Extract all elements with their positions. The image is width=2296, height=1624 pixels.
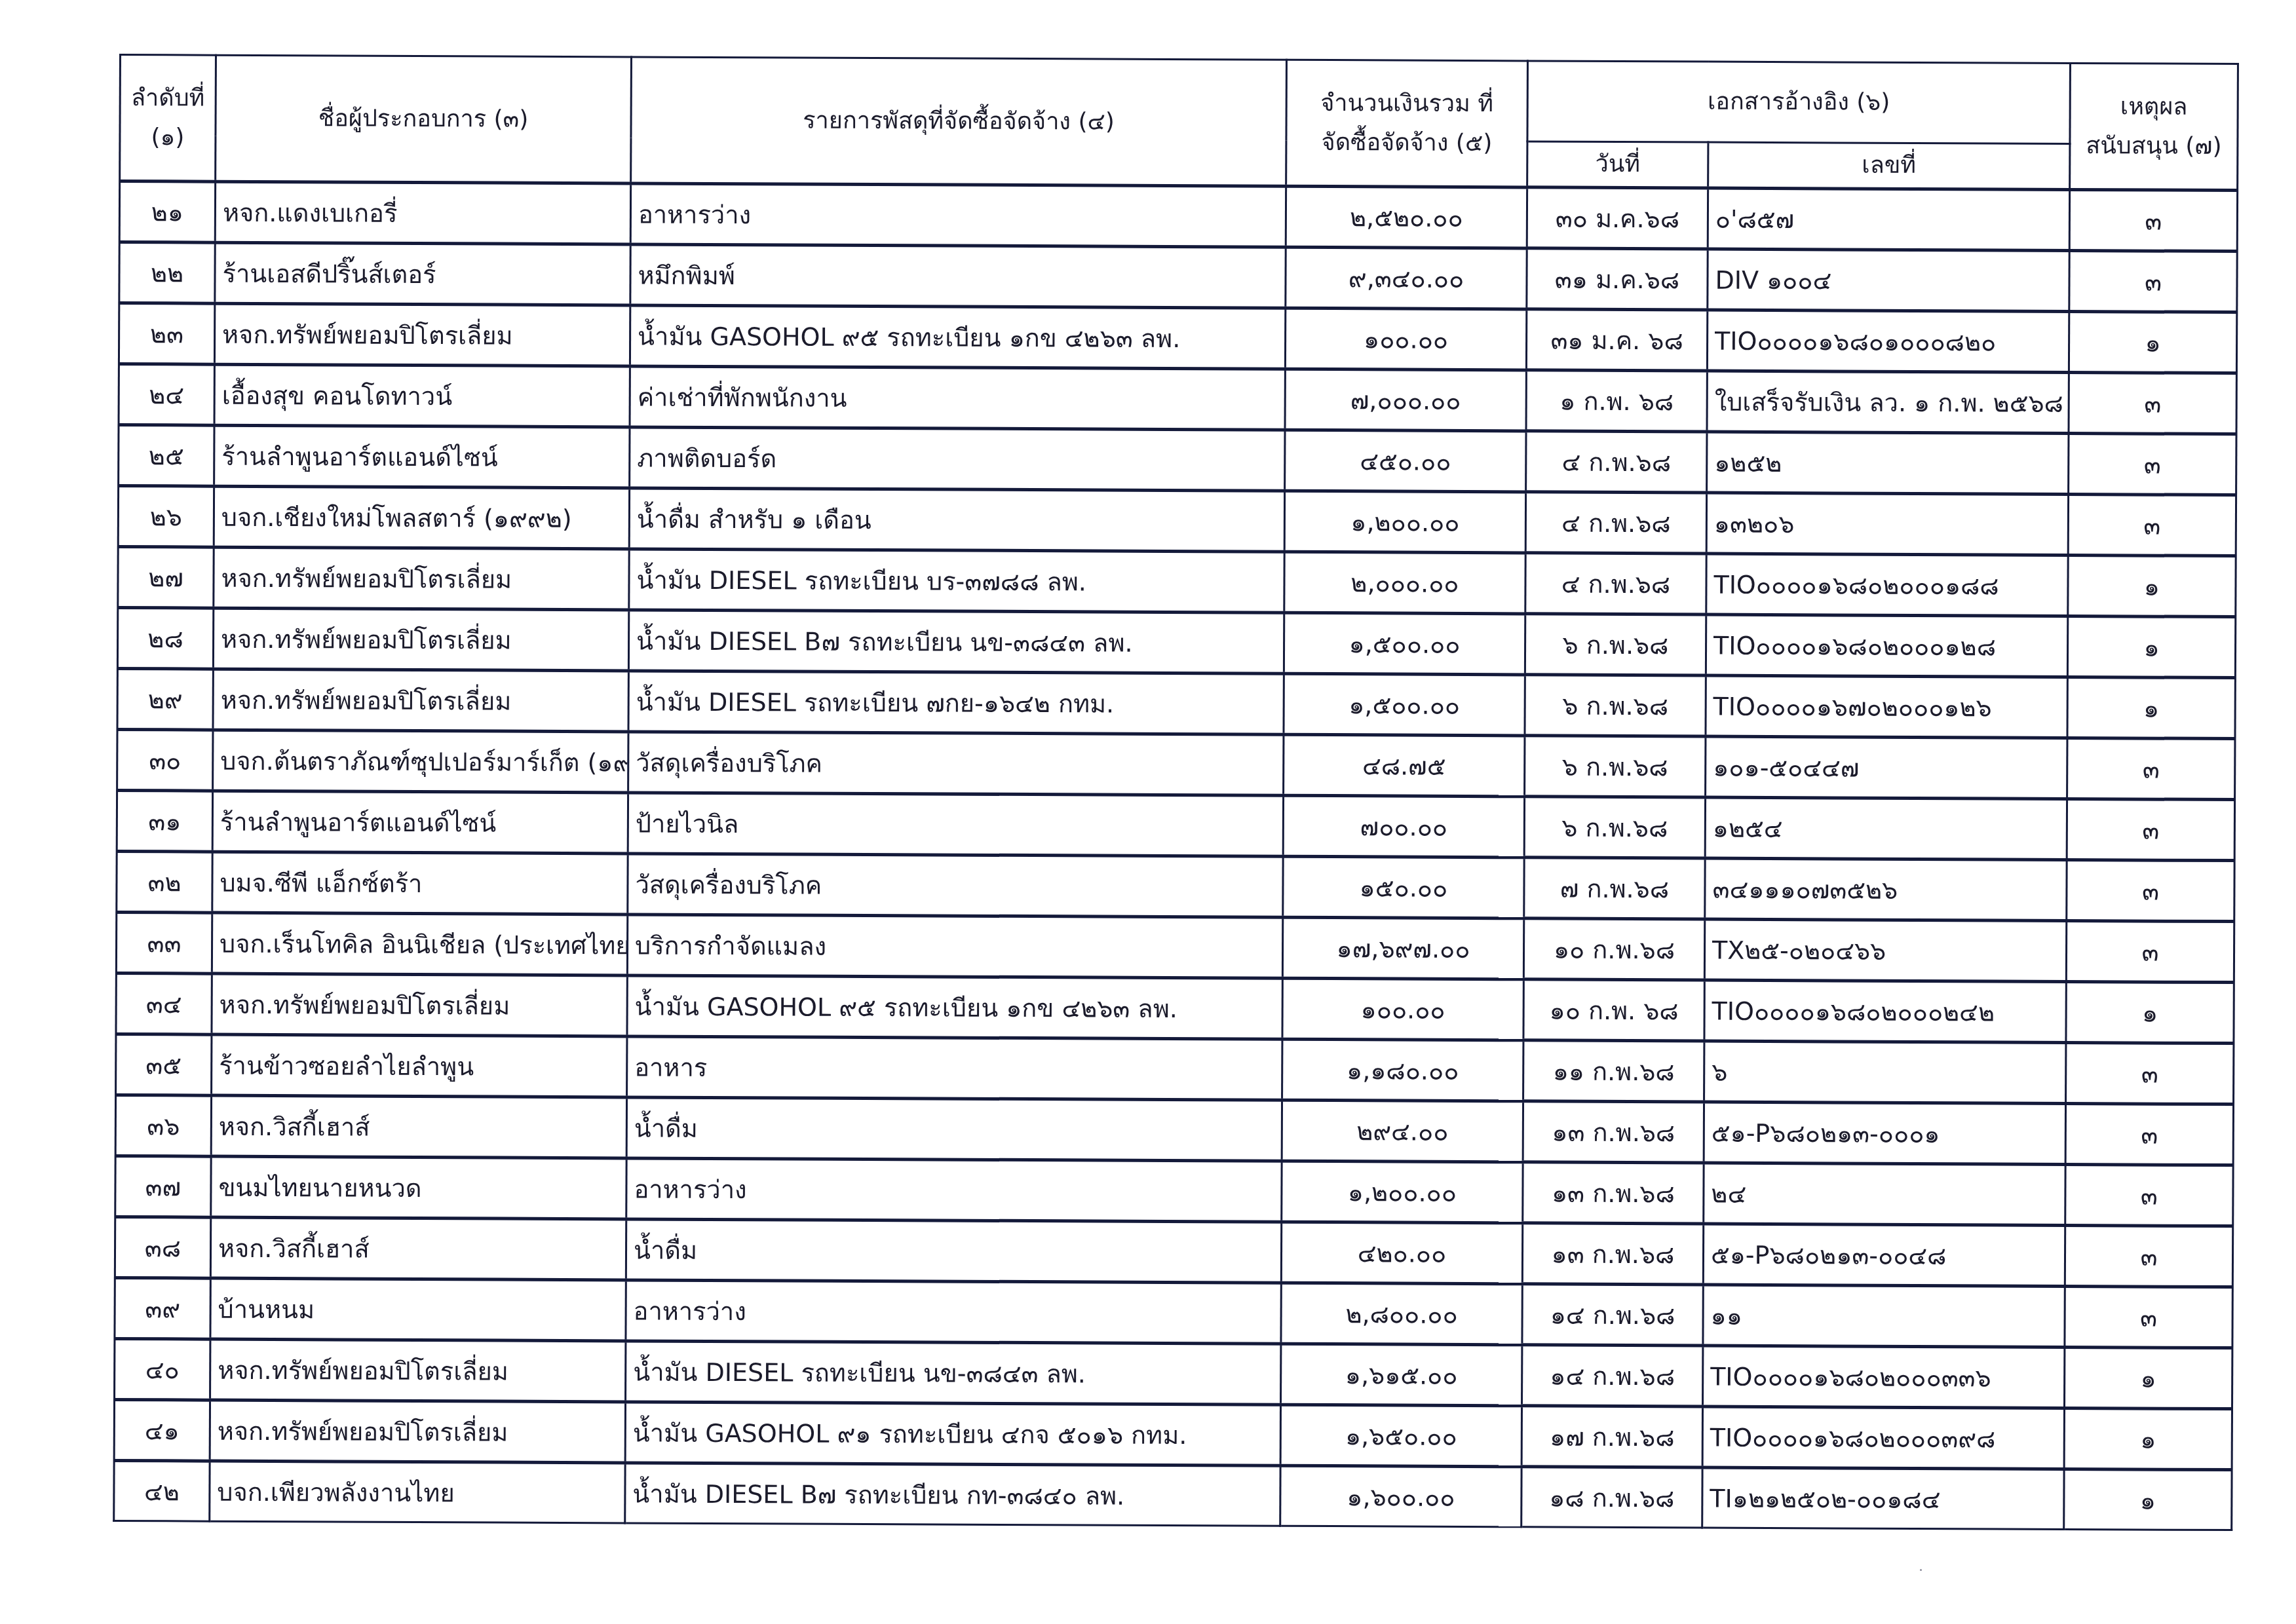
header-reason-line1: เหตุผล (2078, 87, 2230, 127)
cell-document-date: ๖ ก.พ.๖๘ (1525, 675, 1706, 736)
cell-vendor: ขนมไทยนายหนวด (211, 1156, 626, 1219)
cell-document-number: TIO๐๐๐๐๑๖๘๐๒๐๐๐๑๒๘ (1706, 614, 2067, 677)
cell-document-date: ๑๓ ก.พ.๖๘ (1523, 1101, 1704, 1163)
header-item: รายการพัสดุที่จัดซื้อจัดจ้าง (๔) (631, 57, 1287, 186)
cell-sequence-no: ๒๕ (119, 425, 214, 487)
cell-document-number: TIO๐๐๐๐๑๖๘๐๒๐๐๐๓๓๖ (1703, 1346, 2065, 1408)
cell-amount: ๑,๖๑๕.๐๐ (1281, 1344, 1522, 1406)
cell-document-number: ๒๔ (1704, 1163, 2065, 1225)
cell-item: อาหาร (627, 1036, 1282, 1100)
cell-sequence-no: ๓๒ (117, 851, 212, 913)
cell-vendor: บจก.เชียงใหม่โพลสตาร์ (๑๙๙๒) (214, 486, 629, 549)
cell-document-date: ๑๔ ก.พ.๖๘ (1522, 1284, 1703, 1346)
cell-document-date: ๔ ก.พ.๖๘ (1525, 553, 1706, 614)
table-row: ๔๒ บจก.เพียวพลังงานไทย น้ำมัน DIESEL B๗ … (114, 1460, 2232, 1530)
cell-document-date: ๑๐ ก.พ.๖๘ (1523, 918, 1704, 980)
cell-sequence-no: ๓๙ (115, 1277, 210, 1339)
cell-document-date: ๑๓ ก.พ.๖๘ (1523, 1162, 1704, 1224)
cell-amount: ๑,๑๘๐.๐๐ (1282, 1039, 1523, 1101)
cell-sequence-no: ๒๑ (119, 181, 215, 243)
table-row: ๒๗ หจก.ทรัพย์พยอมปิโตรเลี่ยม น้ำมัน DIES… (118, 546, 2236, 616)
header-sequence-no: ลำดับที่ (๑) (120, 55, 216, 182)
cell-sequence-no: ๓๗ (115, 1156, 211, 1217)
cell-reason: ๓ (2065, 1286, 2232, 1348)
header-document-number: เลขที่ (1708, 142, 2070, 189)
cell-document-date: ๑๑ ก.พ.๖๘ (1523, 1040, 1704, 1102)
cell-document-date: ๑๔ ก.พ.๖๘ (1522, 1345, 1703, 1407)
cell-amount: ๑,๒๐๐.๐๐ (1284, 491, 1525, 553)
cell-document-number: DIV ๑๐๐๔ (1708, 249, 2069, 311)
cell-document-number: TX๒๕-๐๒๐๔๖๖ (1704, 919, 2066, 981)
cell-document-number: ๑๑ (1703, 1285, 2065, 1347)
cell-vendor: ร้านเอสดีปริ๊นส์เตอร์ (215, 242, 630, 305)
cell-amount: ๑๐๐.๐๐ (1285, 308, 1526, 370)
cell-reason: ๓ (2065, 1225, 2232, 1287)
cell-amount: ๑๐๐.๐๐ (1282, 978, 1523, 1040)
cell-reason: ๓ (2066, 920, 2234, 982)
table-row: ๓๗ ขนมไทยนายหนวด อาหารว่าง ๑,๒๐๐.๐๐ ๑๓ ก… (115, 1156, 2233, 1226)
cell-item: น้ำมัน GASOHOL ๙๕ รถทะเบียน ๑กข ๔๒๖๓ ลพ. (630, 305, 1285, 369)
cell-vendor: หจก.ทรัพย์พยอมปิโตรเลี่ยม (213, 669, 628, 732)
cell-document-date: ๓๑ ม.ค.๖๘ (1527, 248, 1708, 310)
table-row: ๓๒ บมจ.ซีพี แอ็กซ์ตร้า วัสดุเครื่องบริโภ… (117, 851, 2234, 921)
cell-reason: ๑ (2069, 311, 2236, 373)
cell-reason: ๑ (2064, 1408, 2232, 1469)
cell-reason: ๑ (2067, 677, 2235, 738)
cell-document-date: ๑๐ ก.พ. ๖๘ (1523, 979, 1704, 1041)
cell-reason: ๑ (2066, 981, 2234, 1043)
table-row: ๔๑ หจก.ทรัพย์พยอมปิโตรเลี่ยม น้ำมัน GASO… (114, 1399, 2232, 1469)
cell-amount: ๔๘.๗๕ (1284, 734, 1525, 797)
cell-sequence-no: ๒๔ (119, 364, 214, 426)
cell-item: น้ำมัน DIESEL รถทะเบียน ๗กย-๑๖๔๒ กทม. (628, 671, 1284, 734)
table-row: ๒๑ หจก.แดงเบเกอรี่ อาหารว่าง ๒,๕๒๐.๐๐ ๓๐… (119, 181, 2237, 252)
table-row: ๔๐ หจก.ทรัพย์พยอมปิโตรเลี่ยม น้ำมัน DIES… (115, 1338, 2232, 1408)
cell-reason: ๓ (2068, 494, 2236, 556)
cell-document-number: ๑๐๑-๕๐๔๔๗ (1706, 736, 2067, 799)
cell-vendor: หจก.แดงเบเกอรี่ (215, 181, 630, 244)
cell-amount: ๑,๕๐๐.๐๐ (1284, 673, 1525, 736)
table-row: ๒๘ หจก.ทรัพย์พยอมปิโตรเลี่ยม น้ำมัน DIES… (117, 607, 2235, 677)
cell-sequence-no: ๓๑ (117, 790, 212, 852)
cell-vendor: บจก.เพียวพลังงานไทย (210, 1461, 625, 1523)
cell-document-number: ๕๑-P๖๘๐๒๑๓-๐๐๐๑ (1704, 1102, 2065, 1164)
cell-item: น้ำดื่ม (626, 1097, 1282, 1161)
cell-reason: ๓ (2067, 859, 2234, 921)
cell-sequence-no: ๒๘ (117, 607, 213, 669)
cell-reason: ๓ (2065, 1103, 2233, 1165)
cell-vendor: บจก.เร็นโทคิล อินนิเชียล (ประเทศไทย) (212, 913, 627, 975)
cell-document-number: TIO๐๐๐๐๑๖๘๐๒๐๐๐๒๔๒ (1704, 980, 2066, 1042)
table-header: ลำดับที่ (๑) ชื่อผู้ประกอบการ (๓) รายการ… (120, 55, 2238, 191)
header-reason-line2: สนับสนุน (๗) (2077, 126, 2230, 166)
cell-reason: ๓ (2067, 738, 2235, 799)
cell-sequence-no: ๒๒ (119, 242, 215, 304)
header-reason: เหตุผล สนับสนุน (๗) (2070, 63, 2238, 190)
table-row: ๓๐ บจก.ต้นตราภัณฑ์ซุปเปอร์มาร์เก็ต (๑๙๙๘… (117, 729, 2235, 799)
cell-item: น้ำมัน GASOHOL ๙๕ รถทะเบียน ๑กข ๔๒๖๓ ลพ. (627, 975, 1282, 1039)
cell-document-date: ๓๑ ม.ค. ๖๘ (1526, 309, 1707, 371)
cell-amount: ๔๒๐.๐๐ (1281, 1222, 1522, 1284)
table-row: ๒๙ หจก.ทรัพย์พยอมปิโตรเลี่ยม น้ำมัน DIES… (117, 668, 2235, 738)
cell-sequence-no: ๔๐ (115, 1338, 210, 1400)
cell-document-number: TI๑๒๑๒๕๐๒-๐๐๑๘๔ (1702, 1467, 2064, 1529)
cell-vendor: หจก.ทรัพย์พยอมปิโตรเลี่ยม (210, 1339, 626, 1402)
cell-amount: ๑,๖๕๐.๐๐ (1280, 1405, 1521, 1467)
cell-document-number: ๑๒๕๔ (1705, 797, 2067, 859)
cell-vendor: ร้านข้าวซอยลำไยลำพูน (212, 1034, 627, 1097)
cell-document-number: ๐'๘๕๗ (1708, 188, 2069, 250)
cell-document-date: ๖ ก.พ.๖๘ (1525, 614, 1706, 675)
cell-reason: ๑ (2068, 555, 2236, 616)
cell-reason: ๓ (2065, 1164, 2233, 1226)
cell-vendor: บมจ.ซีพี แอ็กซ์ตร้า (212, 852, 628, 915)
cell-vendor: หจก.ทรัพย์พยอมปิโตรเลี่ยม (214, 547, 629, 610)
cell-sequence-no: ๓๐ (117, 729, 213, 791)
procurement-table: ลำดับที่ (๑) ชื่อผู้ประกอบการ (๓) รายการ… (113, 54, 2239, 1531)
header-sequence-no-line1: ลำดับที่ (128, 79, 208, 119)
cell-document-date: ๔ ก.พ.๖๘ (1525, 492, 1706, 554)
cell-item: วัสดุเครื่องบริโภค (628, 854, 1283, 917)
cell-document-number: ๑๓๒๐๖ (1706, 493, 2068, 555)
table-row: ๓๙ บ้านหนม อาหารว่าง ๒,๘๐๐.๐๐ ๑๔ ก.พ.๖๘ … (115, 1277, 2232, 1348)
cell-item: วัสดุเครื่องบริโภค (628, 732, 1284, 795)
cell-sequence-no: ๒๓ (119, 303, 214, 365)
cell-document-number: TIO๐๐๐๐๑๖๘๐๑๐๐๐๘๒๐ (1707, 310, 2069, 372)
cell-item: น้ำมัน DIESEL B๗ รถทะเบียน กท-๓๘๔๐ ลพ. (625, 1463, 1280, 1526)
cell-document-number: ๑๒๕๒ (1707, 432, 2069, 494)
table-row: ๓๘ หจก.วิสกี้เฮาส์ น้ำดื่ม ๔๒๐.๐๐ ๑๓ ก.พ… (115, 1217, 2232, 1287)
table-row: ๓๑ ร้านลำพูนอาร์ตแอนด์ไซน์ ป้ายไวนิล ๗๐๐… (117, 790, 2234, 860)
table-body: ๒๑ หจก.แดงเบเกอรี่ อาหารว่าง ๒,๕๒๐.๐๐ ๓๐… (114, 181, 2238, 1530)
cell-document-date: ๖ ก.พ.๖๘ (1525, 736, 1706, 797)
cell-vendor: หจก.วิสกี้เฮาส์ (210, 1217, 626, 1280)
cell-reason: ๑ (2064, 1469, 2232, 1530)
cell-document-number: TIO๐๐๐๐๑๖๘๐๒๐๐๐๑๘๘ (1706, 554, 2068, 616)
cell-reason: ๓ (2069, 250, 2237, 312)
cell-item: อาหารว่าง (626, 1280, 1281, 1344)
cell-amount: ๗,๐๐๐.๐๐ (1285, 369, 1526, 431)
table-row: ๓๕ ร้านข้าวซอยลำไยลำพูน อาหาร ๑,๑๘๐.๐๐ ๑… (116, 1034, 2234, 1104)
cell-document-date: ๔ ก.พ.๖๘ (1526, 431, 1707, 493)
header-document-date: วันที่ (1527, 142, 1708, 188)
procurement-report-page: ลำดับที่ (๑) ชื่อผู้ประกอบการ (๓) รายการ… (113, 54, 2237, 1531)
cell-item: น้ำดื่ม สำหรับ ๑ เดือน (629, 488, 1284, 552)
cell-document-number: ๓๔๑๑๑๐๗๓๕๒๖ (1705, 858, 2067, 920)
cell-vendor: หจก.ทรัพย์พยอมปิโตรเลี่ยม (214, 303, 630, 366)
cell-sequence-no: ๓๖ (115, 1095, 211, 1156)
cell-sequence-no: ๓๔ (116, 973, 212, 1034)
table-row: ๒๒ ร้านเอสดีปริ๊นส์เตอร์ หมึกพิมพ์ ๙,๓๔๐… (119, 242, 2237, 312)
cell-reason: ๓ (2067, 799, 2234, 860)
table-row: ๒๓ หจก.ทรัพย์พยอมปิโตรเลี่ยม น้ำมัน GASO… (119, 303, 2236, 373)
cell-document-number: ๕๑-P๖๘๐๒๑๓-๐๐๔๘ (1703, 1224, 2065, 1286)
cell-item: น้ำมัน DIESEL รถทะเบียน นข-๓๘๔๓ ลพ. (626, 1341, 1281, 1405)
table-row: ๓๔ หจก.ทรัพย์พยอมปิโตรเลี่ยม น้ำมัน GASO… (116, 973, 2234, 1043)
cell-document-date: ๑๓ ก.พ.๖๘ (1522, 1223, 1703, 1285)
cell-reason: ๓ (2069, 372, 2236, 434)
cell-vendor: ร้านลำพูนอาร์ตแอนด์ไซน์ (214, 425, 630, 488)
cell-sequence-no: ๓๘ (115, 1217, 210, 1278)
cell-document-date: ๑ ก.พ. ๖๘ (1526, 370, 1707, 432)
cell-amount: ๑,๖๐๐.๐๐ (1280, 1465, 1521, 1527)
cell-item: น้ำมัน DIESEL รถทะเบียน บร-๓๗๘๘ ลพ. (629, 549, 1284, 613)
cell-reason: ๑ (2067, 616, 2235, 677)
cell-sequence-no: ๔๑ (114, 1399, 210, 1461)
cell-item: ค่าเช่าที่พักพนักงาน (630, 366, 1285, 430)
cell-item: อาหารว่าง (630, 183, 1286, 247)
cell-amount: ๗๐๐.๐๐ (1283, 795, 1524, 858)
cell-item: หมึกพิมพ์ (630, 244, 1286, 308)
cell-amount: ๔๕๐.๐๐ (1285, 430, 1526, 492)
header-sequence-no-line2: (๑) (127, 118, 208, 158)
cell-document-date: ๗ ก.พ.๖๘ (1524, 858, 1705, 919)
table-row: ๓๖ หจก.วิสกี้เฮาส์ น้ำดื่ม ๒๙๔.๐๐ ๑๓ ก.พ… (115, 1095, 2233, 1165)
cell-amount: ๒,๐๐๐.๐๐ (1284, 552, 1525, 614)
cell-document-number: ใบเสร็จรับเงิน ลว. ๑ ก.พ. ๒๕๖๘ (1707, 371, 2069, 433)
cell-amount: ๑,๕๐๐.๐๐ (1284, 613, 1525, 675)
table-row: ๒๖ บจก.เชียงใหม่โพลสตาร์ (๑๙๙๒) น้ำดื่ม … (118, 486, 2236, 556)
cell-vendor: หจก.ทรัพย์พยอมปิโตรเลี่ยม (210, 1400, 625, 1463)
table-row: ๒๔ เอื้องสุข คอนโดทาวน์ ค่าเช่าที่พักพนั… (119, 364, 2236, 434)
cell-reason: ๓ (2066, 1042, 2234, 1104)
cell-item: น้ำดื่ม (626, 1219, 1281, 1283)
cell-vendor: บจก.ต้นตราภัณฑ์ซุปเปอร์มาร์เก็ต (๑๙๙๘ (213, 730, 628, 793)
cell-amount: ๒๙๔.๐๐ (1282, 1100, 1523, 1162)
cell-sequence-no: ๒๖ (118, 486, 214, 548)
cell-sequence-no: ๔๒ (114, 1460, 210, 1521)
header-amount: จำนวนเงินรวม ที่ จัดซื้อจัดจ้าง (๕) (1286, 60, 1528, 187)
cell-vendor: เอื้องสุข คอนโดทาวน์ (214, 364, 630, 427)
cell-amount: ๒,๘๐๐.๐๐ (1281, 1283, 1522, 1345)
cell-document-date: ๓๐ ม.ค.๖๘ (1527, 187, 1708, 249)
cell-vendor: หจก.ทรัพย์พยอมปิโตรเลี่ยม (212, 973, 627, 1036)
cell-document-date: ๖ ก.พ.๖๘ (1524, 797, 1705, 858)
cell-document-date: ๑๘ ก.พ.๖๘ (1521, 1467, 1702, 1528)
cell-reason: ๑ (2065, 1347, 2232, 1408)
cell-item: ภาพติดบอร์ด (630, 427, 1285, 491)
cell-amount: ๑๕๐.๐๐ (1283, 856, 1524, 918)
header-amount-line2: จัดซื้อจัดจ้าง (๕) (1293, 123, 1520, 163)
cell-sequence-no: ๓๓ (116, 912, 212, 973)
scan-speck (1920, 1569, 1922, 1571)
cell-vendor: บ้านหนม (210, 1278, 626, 1341)
cell-sequence-no: ๒๗ (118, 546, 214, 608)
cell-item: อาหารว่าง (626, 1158, 1282, 1222)
header-reference-document: เอกสารอ้างอิง (๖) (1527, 61, 2071, 144)
cell-document-number: TIO๐๐๐๐๑๖๗๐๒๐๐๐๑๒๖ (1706, 675, 2067, 738)
cell-document-number: ๖ (1704, 1041, 2066, 1103)
cell-reason: ๓ (2069, 189, 2237, 251)
cell-reason: ๓ (2069, 433, 2236, 495)
cell-document-date: ๑๗ ก.พ.๖๘ (1521, 1406, 1702, 1467)
cell-item: บริการกำจัดแมลง (627, 915, 1282, 978)
cell-sequence-no: ๓๕ (116, 1034, 212, 1095)
table-row: ๓๓ บจก.เร็นโทคิล อินนิเชียล (ประเทศไทย) … (116, 912, 2234, 982)
cell-amount: ๙,๓๔๐.๐๐ (1286, 247, 1527, 309)
cell-item: น้ำมัน GASOHOL ๙๑ รถทะเบียน ๔กจ ๕๐๑๖ กทม… (625, 1402, 1280, 1465)
cell-amount: ๑,๒๐๐.๐๐ (1282, 1161, 1523, 1223)
cell-sequence-no: ๒๙ (117, 668, 213, 730)
cell-item: น้ำมัน DIESEL B๗ รถทะเบียน นข-๓๘๔๓ ลพ. (628, 610, 1284, 673)
header-amount-line1: จำนวนเงินรวม ที่ (1294, 83, 1520, 124)
cell-vendor: ร้านลำพูนอาร์ตแอนด์ไซน์ (212, 791, 628, 854)
cell-vendor: หจก.วิสกี้เฮาส์ (211, 1095, 626, 1158)
cell-amount: ๑๗,๖๙๗.๐๐ (1282, 917, 1523, 979)
cell-item: ป้ายไวนิล (628, 793, 1283, 856)
header-vendor: ชื่อผู้ประกอบการ (๓) (216, 55, 632, 183)
cell-amount: ๒,๕๒๐.๐๐ (1286, 186, 1527, 248)
cell-document-number: TIO๐๐๐๐๑๖๘๐๒๐๐๐๓๙๘ (1702, 1407, 2064, 1469)
cell-vendor: หจก.ทรัพย์พยอมปิโตรเลี่ยม (213, 608, 628, 671)
table-row: ๒๕ ร้านลำพูนอาร์ตแอนด์ไซน์ ภาพติดบอร์ด ๔… (119, 425, 2236, 495)
